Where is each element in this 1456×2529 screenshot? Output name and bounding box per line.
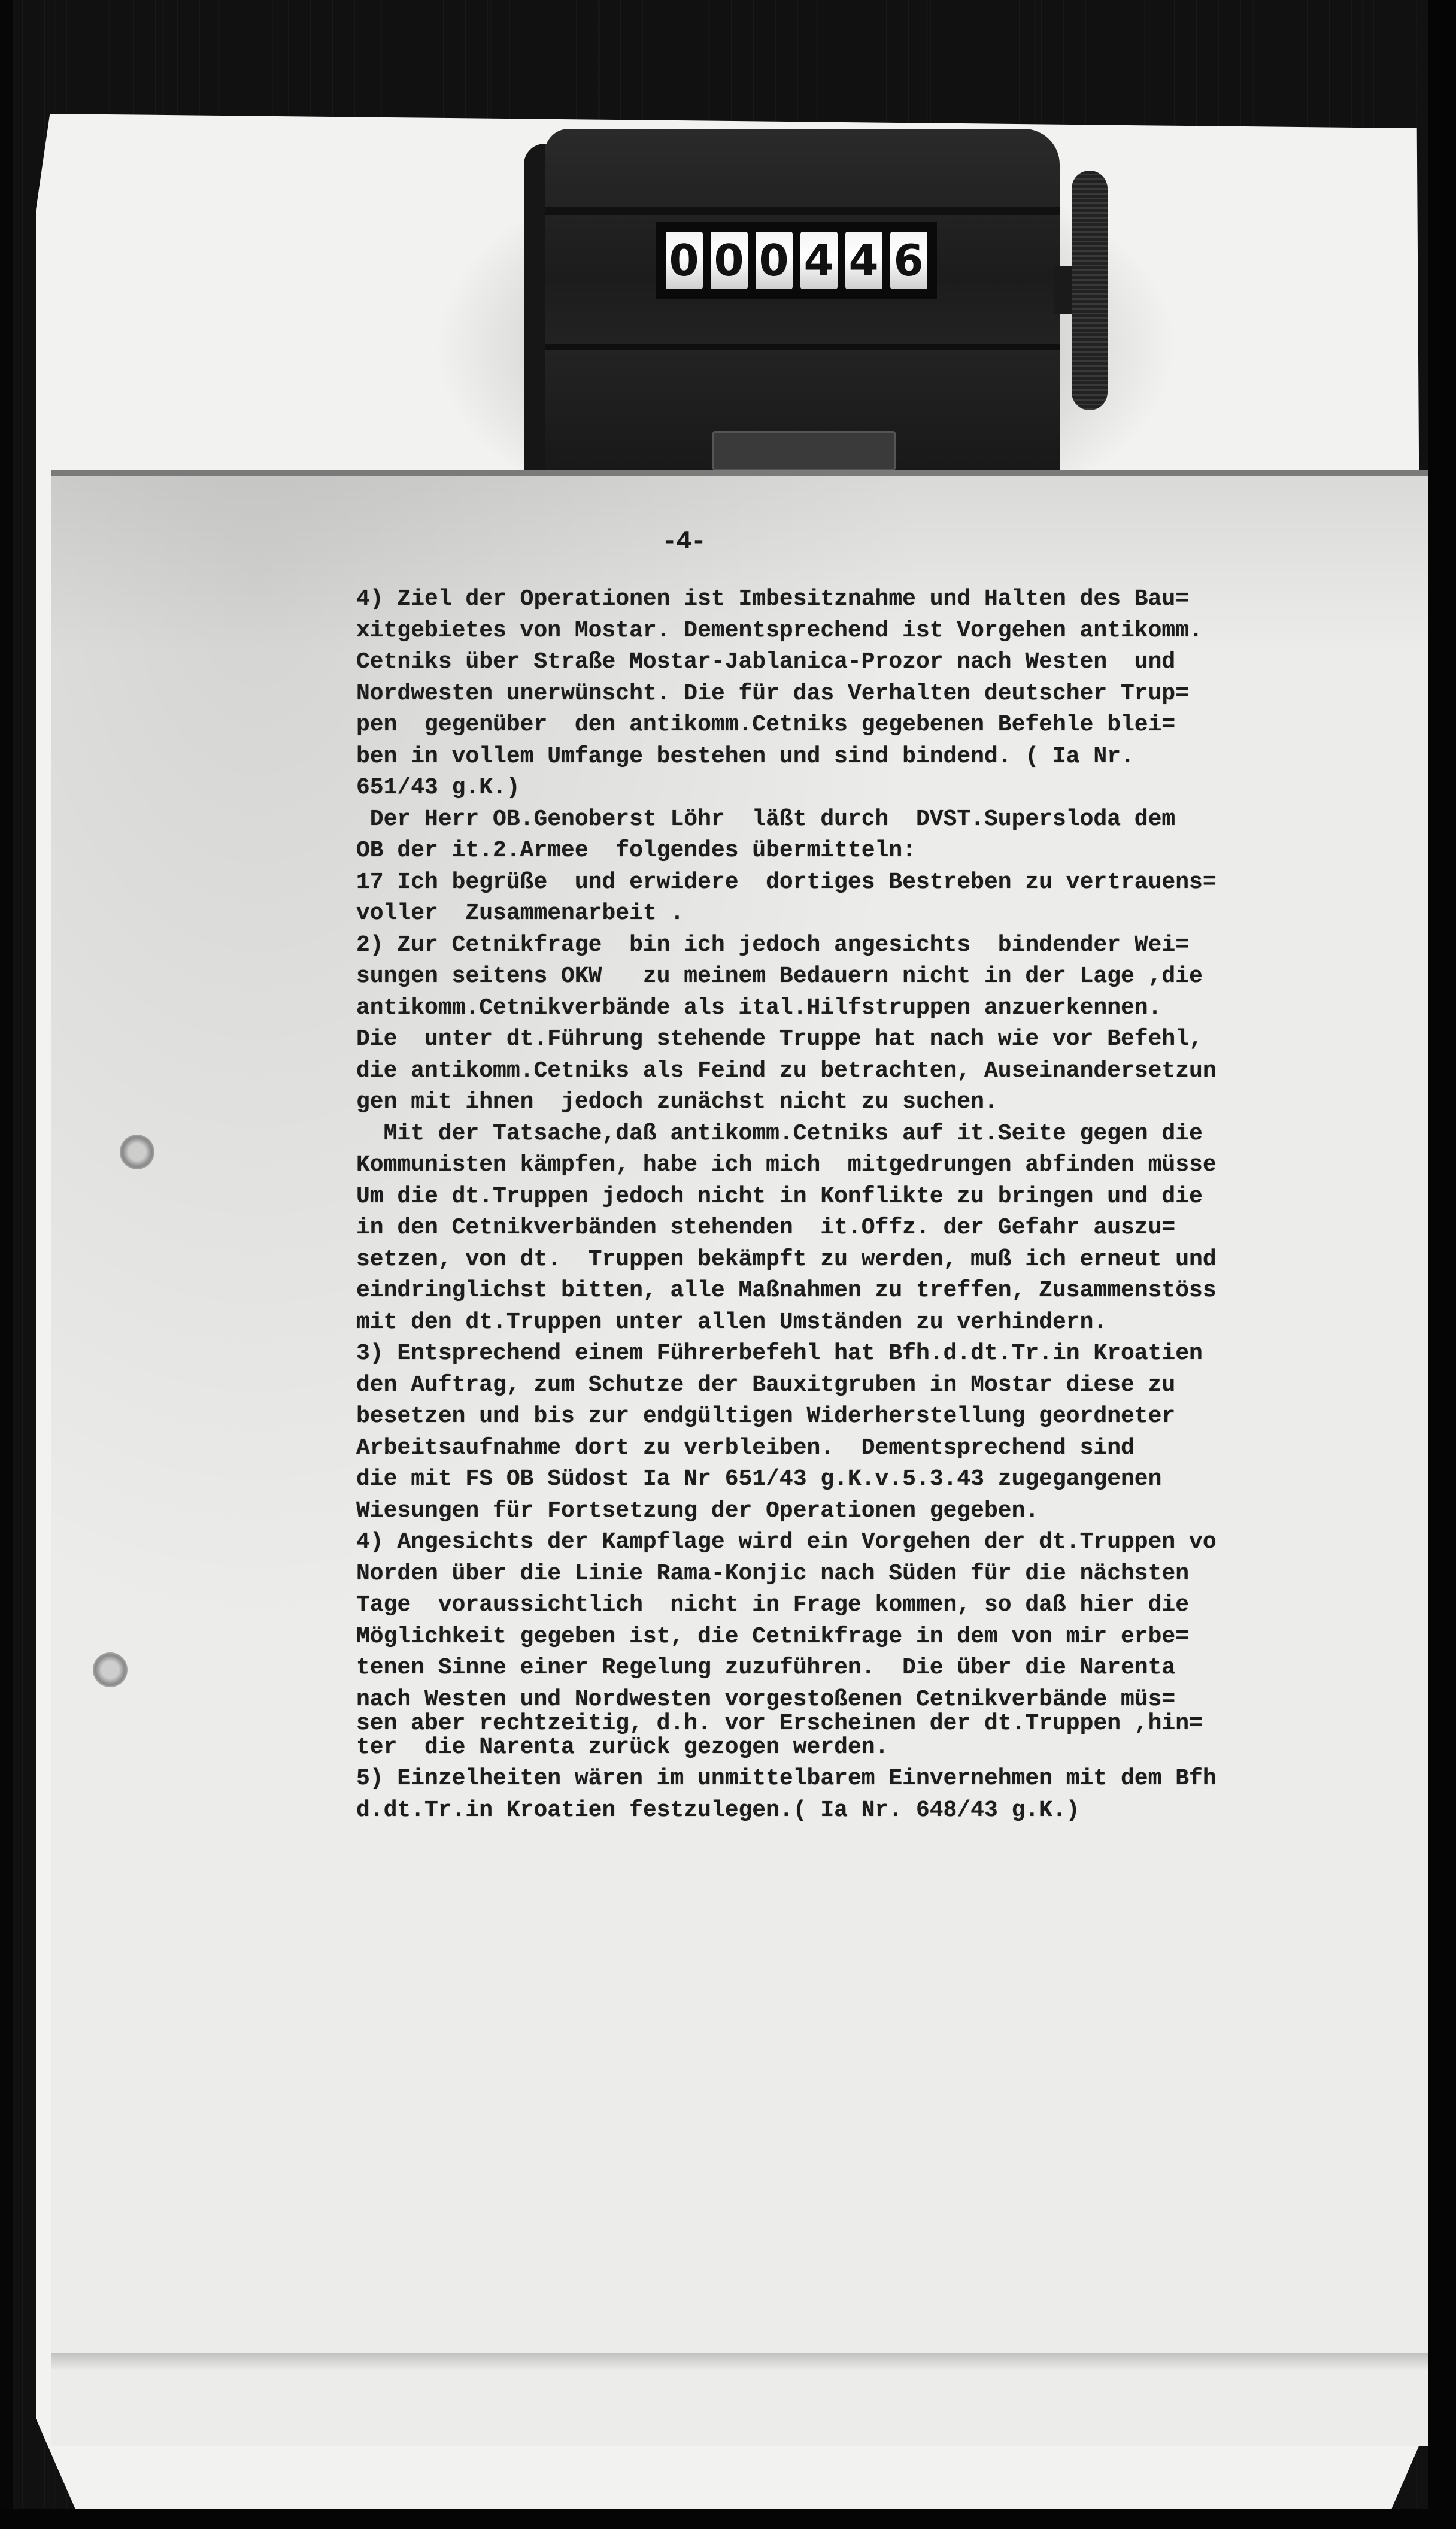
counter-nameplate: [712, 431, 896, 471]
document-line: antikomm.Cetnikverbände als ital.Hilfstr…: [356, 993, 1456, 1024]
document-line: setzen, von dt. Truppen bekämpft zu werd…: [356, 1244, 1456, 1276]
document-line: Arbeitsaufnahme dort zu verbleiben. Deme…: [356, 1433, 1456, 1464]
counter-digit: 6: [890, 232, 927, 289]
document-line: sen aber rechtzeitig, d.h. vor Erscheine…: [356, 1708, 1456, 1732]
document-line: 2) Zur Cetnikfrage bin ich jedoch angesi…: [356, 930, 1456, 962]
sheet-fold-shadow: [51, 2353, 1428, 2371]
document-line: Die unter dt.Führung stehende Truppe hat…: [356, 1024, 1456, 1056]
document-line: besetzen und bis zur endgültigen Widerhe…: [356, 1401, 1456, 1433]
counter-digit: 0: [711, 232, 748, 289]
document-line: Der Herr OB.Genoberst Löhr läßt durch DV…: [356, 804, 1456, 836]
page-number: -4-: [662, 527, 705, 557]
film-bottom-edge: [0, 2509, 1456, 2529]
document-line: Mit der Tatsache,daß antikomm.Cetniks au…: [356, 1118, 1456, 1150]
document-line: 651/43 g.K.): [356, 772, 1456, 804]
counter-digit: 4: [800, 232, 838, 289]
document-line: eindringlichst bitten, alle Maßnahmen zu…: [356, 1275, 1456, 1307]
counter-band-lower: [545, 344, 1060, 350]
document-line: tenen Sinne einer Regelung zuzuführen. D…: [356, 1652, 1456, 1684]
document-line: 5) Einzelheiten wären im unmittelbarem E…: [356, 1763, 1456, 1795]
document-line: gen mit ihnen jedoch zunächst nicht zu s…: [356, 1087, 1456, 1118]
document-line: d.dt.Tr.in Kroatien festzulegen.( Ia Nr.…: [356, 1795, 1456, 1827]
document-line: Nordwesten unerwünscht. Die für das Verh…: [356, 678, 1456, 710]
document-line: voller Zusammenarbeit .: [356, 898, 1456, 930]
document-line: die antikomm.Cetniks als Feind zu betrac…: [356, 1056, 1456, 1087]
document-line: sungen seitens OKW zu meinem Bedauern ni…: [356, 961, 1456, 993]
document-line: Tage voraussichtlich nicht in Frage komm…: [356, 1590, 1456, 1621]
punch-hole-icon: [93, 1652, 128, 1687]
document-line: ter die Narenta zurück gezogen werden.: [356, 1732, 1456, 1764]
document-line: Wiesungen für Fortsetzung der Operatione…: [356, 1496, 1456, 1527]
document-line: pen gegenüber den antikomm.Cetniks gegeb…: [356, 709, 1456, 741]
film-left-edge: [0, 0, 13, 2529]
punch-hole-icon: [120, 1135, 154, 1169]
document-line: xitgebietes von Mostar. Dementsprechend …: [356, 615, 1456, 647]
document-line: nach Westen und Nordwesten vorgestoßenen…: [356, 1684, 1456, 1708]
counter-band: [545, 207, 1060, 215]
document-line: den Auftrag, zum Schutze der Bauxitgrube…: [356, 1370, 1456, 1402]
document-line: 3) Entsprechend einem Führerbefehl hat B…: [356, 1338, 1456, 1370]
document-line: 4) Angesichts der Kampflage wird ein Vor…: [356, 1527, 1456, 1558]
document-line: Kommunisten kämpfen, habe ich mich mitge…: [356, 1150, 1456, 1181]
document-line: Möglichkeit gegeben ist, die Cetnikfrage…: [356, 1621, 1456, 1653]
document-line: mit den dt.Truppen unter allen Umständen…: [356, 1307, 1456, 1339]
document-line: Cetniks über Straße Mostar-Jablanica-Pro…: [356, 647, 1456, 678]
document-line: OB der it.2.Armee folgendes übermitteln:: [356, 835, 1456, 867]
frame-counter-device: 0 0 0 4 4 6: [497, 129, 1126, 500]
counter-digit: 0: [756, 232, 793, 289]
film-right-edge: [1428, 0, 1456, 2529]
counter-display: 0 0 0 4 4 6: [656, 222, 937, 299]
counter-knurled-knob: [1072, 171, 1108, 410]
document-body: 4) Ziel der Operationen ist Imbesitznahm…: [356, 584, 1456, 1826]
document-line: 4) Ziel der Operationen ist Imbesitznahm…: [356, 584, 1456, 615]
document-line: 17 Ich begrüße und erwidere dortiges Bes…: [356, 867, 1456, 899]
counter-digit: 0: [666, 232, 703, 289]
document-line: Norden über die Linie Rama-Konjic nach S…: [356, 1558, 1456, 1590]
document-line: die mit FS OB Südost Ia Nr 651/43 g.K.v.…: [356, 1464, 1456, 1496]
document-line: in den Cetnikverbänden stehenden it.Offz…: [356, 1212, 1456, 1244]
document-line: ben in vollem Umfange bestehen und sind …: [356, 741, 1456, 773]
document-line: Um die dt.Truppen jedoch nicht in Konfli…: [356, 1181, 1456, 1213]
counter-digit: 4: [845, 232, 882, 289]
